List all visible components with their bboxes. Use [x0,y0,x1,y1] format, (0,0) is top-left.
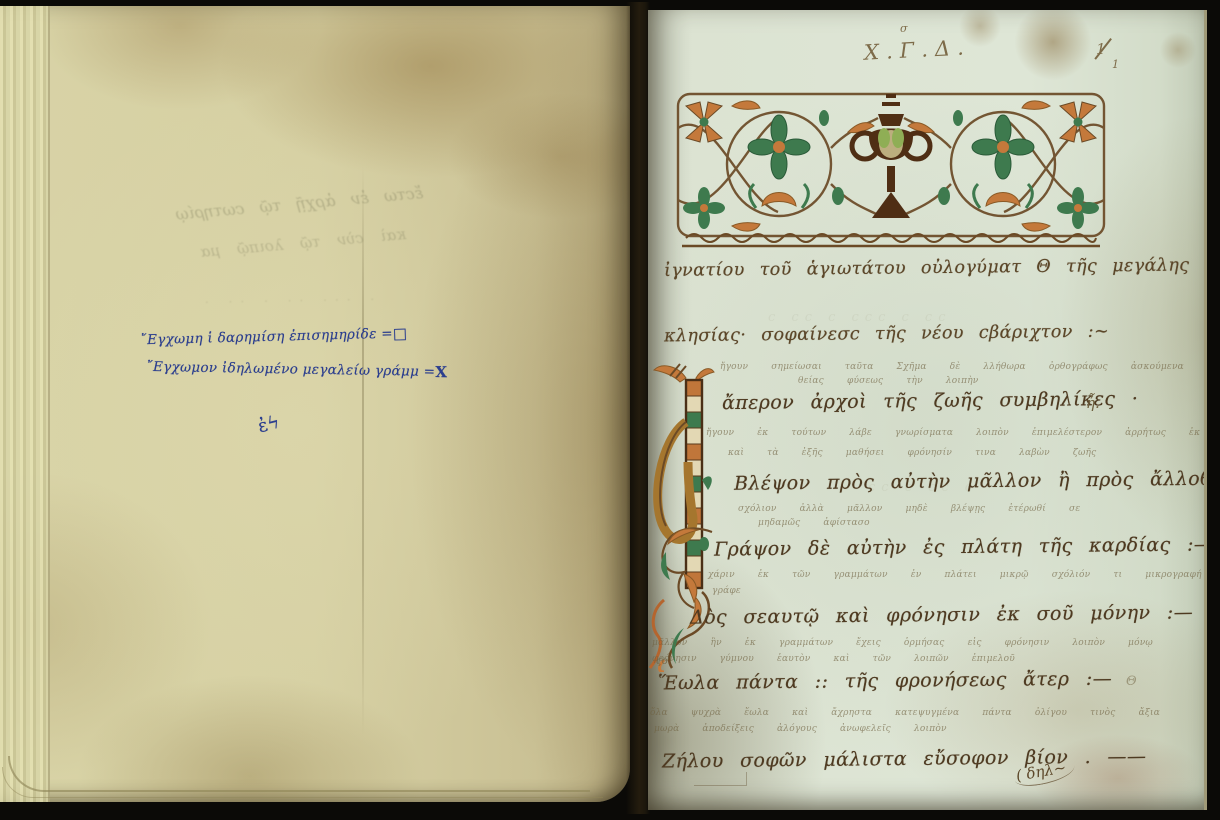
left-page: ἔϲτω ἐν ἀρχῇ τῷ ϲωτηρίῳ καὶ ϲὺν τῷ λοιπῷ… [0,6,630,802]
pen-trial-mark [694,772,747,786]
medallion-flower-right [972,115,1034,208]
interlinear-gloss: μᾶλλον ἣν ἐκ γραμμάτων ἔχεις ὁρμήσας εἰς… [652,638,1153,648]
annotation-text: ῎Εγχωμον ἰδηλωμένο μεγαλείω γράμμ = [146,359,436,380]
binding-gutter [626,2,650,814]
interlinear-gloss: γράφε [712,586,741,596]
interlinear-gloss: ὅλα ψυχρὰ ἕωλα καὶ ἄχρηστα κατεψυγμένα π… [650,708,1160,718]
title-line: κλησίας· σοφαίνεσϲ τῆς νέου ϲβάριχτον :~ [664,322,1109,347]
blue-ink-annotation: ῎Εγχωμη ἱ δαρημίση ἐπισημηρίδε = □ [140,325,390,350]
folio-number-bottom: 1 [1112,58,1119,71]
margin-mark: Θ [1126,674,1137,689]
page-fore-edge [0,6,50,802]
interlinear-gloss: μωρὰ ἀποδείξεις ἀλόγους ἀνωφελεῖς λοιπὸν [654,724,947,734]
right-page: Χ.Γ.Δ. σ 1 1 [648,10,1207,810]
bleedthrough-text-line: ἔϲτω ἐν ἀρχῇ τῷ ϲωτηρίῳ [175,183,424,224]
interlinear-gloss: χάριν ἐκ τῶν γραμμάτων ἐν πλάτει μικρῷ σ… [708,570,1202,580]
title-line: ἰγνατίου τοῦ ἁγιωτάτου οὐλογύματ Θ τῆς μ… [664,255,1207,281]
interlinear-gloss: ἤγουν σημείωσαι ταῦτα Σχῆμα δὲ λλήθωρα ὀ… [720,362,1184,372]
show-through-text: ϲ ϲϲ ϲ ϲϲϲ ϲ ϲϲ [768,310,951,325]
square-symbol: □ [393,324,408,342]
verse-line-epsilon: Ἕωλα πάντα :: τῆς φρονήσεως ἄτερ :— [658,668,1112,695]
superscript-note: ϛο [656,656,668,667]
interlinear-gloss: φρόνησιν γύμνου ἑαυτὸν καὶ τῶν λοιπῶν ἐπ… [652,654,1015,664]
show-through-text: ϲϲ ϲ ϲϲ ϲ [868,480,978,495]
manuscript-photo: ἔϲτω ἐν ἀρχῇ τῷ ϲωτηρίῳ καὶ ϲὺν τῷ λοιπῷ… [0,0,1220,820]
x-symbol: Χ [435,363,447,381]
folio-number: 1 1 [1094,40,1128,80]
bleedthrough-text-line: καὶ ϲὺν τῷ λοιπῷ μα [200,225,407,261]
folio-letters-superscript: σ [900,22,908,35]
medallion-flower-left [748,115,810,208]
central-chalice-motif [852,96,930,218]
verse-line-alpha: ἄπερον ἀρχοὶ τῆς ζωῆς συμβηλίκες · [722,388,1139,414]
blue-ink-monogram: ἐϟ [256,412,282,438]
page-crease [362,166,364,736]
verse-line-delta: Δὸς σεαυτῷ καὶ φρόνησιν ἐκ σοῦ μόνην :— [690,601,1193,628]
under-page-edge-line [8,756,590,792]
interlinear-gloss: μηδαμῶς ἀφίστασο [758,518,870,528]
verse-line-gamma: Γράψον δὲ αὐτὴν ἐς πλάτη τῆς καρδίας :— [714,533,1207,560]
annotation-text: ῎Εγχωμη ἱ δαρημίση ἐπισημηρίδε = [140,326,393,349]
folio-letters: Χ.Γ.Δ. [863,35,971,65]
margin-mark: ἦ. [1086,394,1100,412]
bleedthrough-text-line: · ·· · ·· ··· · [205,292,382,309]
blue-ink-annotation: ῎Εγχωμον ἰδηλωμένο μεγαλείω γράμμ = Χ [146,358,388,380]
interlinear-gloss: ἤγουν ἐκ τούτων λάβε γνωρίσματα λοιπὸν ἐ… [706,428,1207,438]
interlinear-gloss: καὶ τὰ ἑξῆς μαθήσει φρόνησίν τινα λαβὼν … [728,448,1096,458]
interlinear-gloss: σχόλιον ἀλλὰ μᾶλλον μηδὲ βλέψῃς ἑτέρωθί … [738,504,1080,514]
illuminated-headpiece-ornament [672,88,1110,254]
interlinear-gloss: θείας φύσεως τὴν λοιπὴν [798,376,978,386]
under-page-edge-line [2,767,603,798]
